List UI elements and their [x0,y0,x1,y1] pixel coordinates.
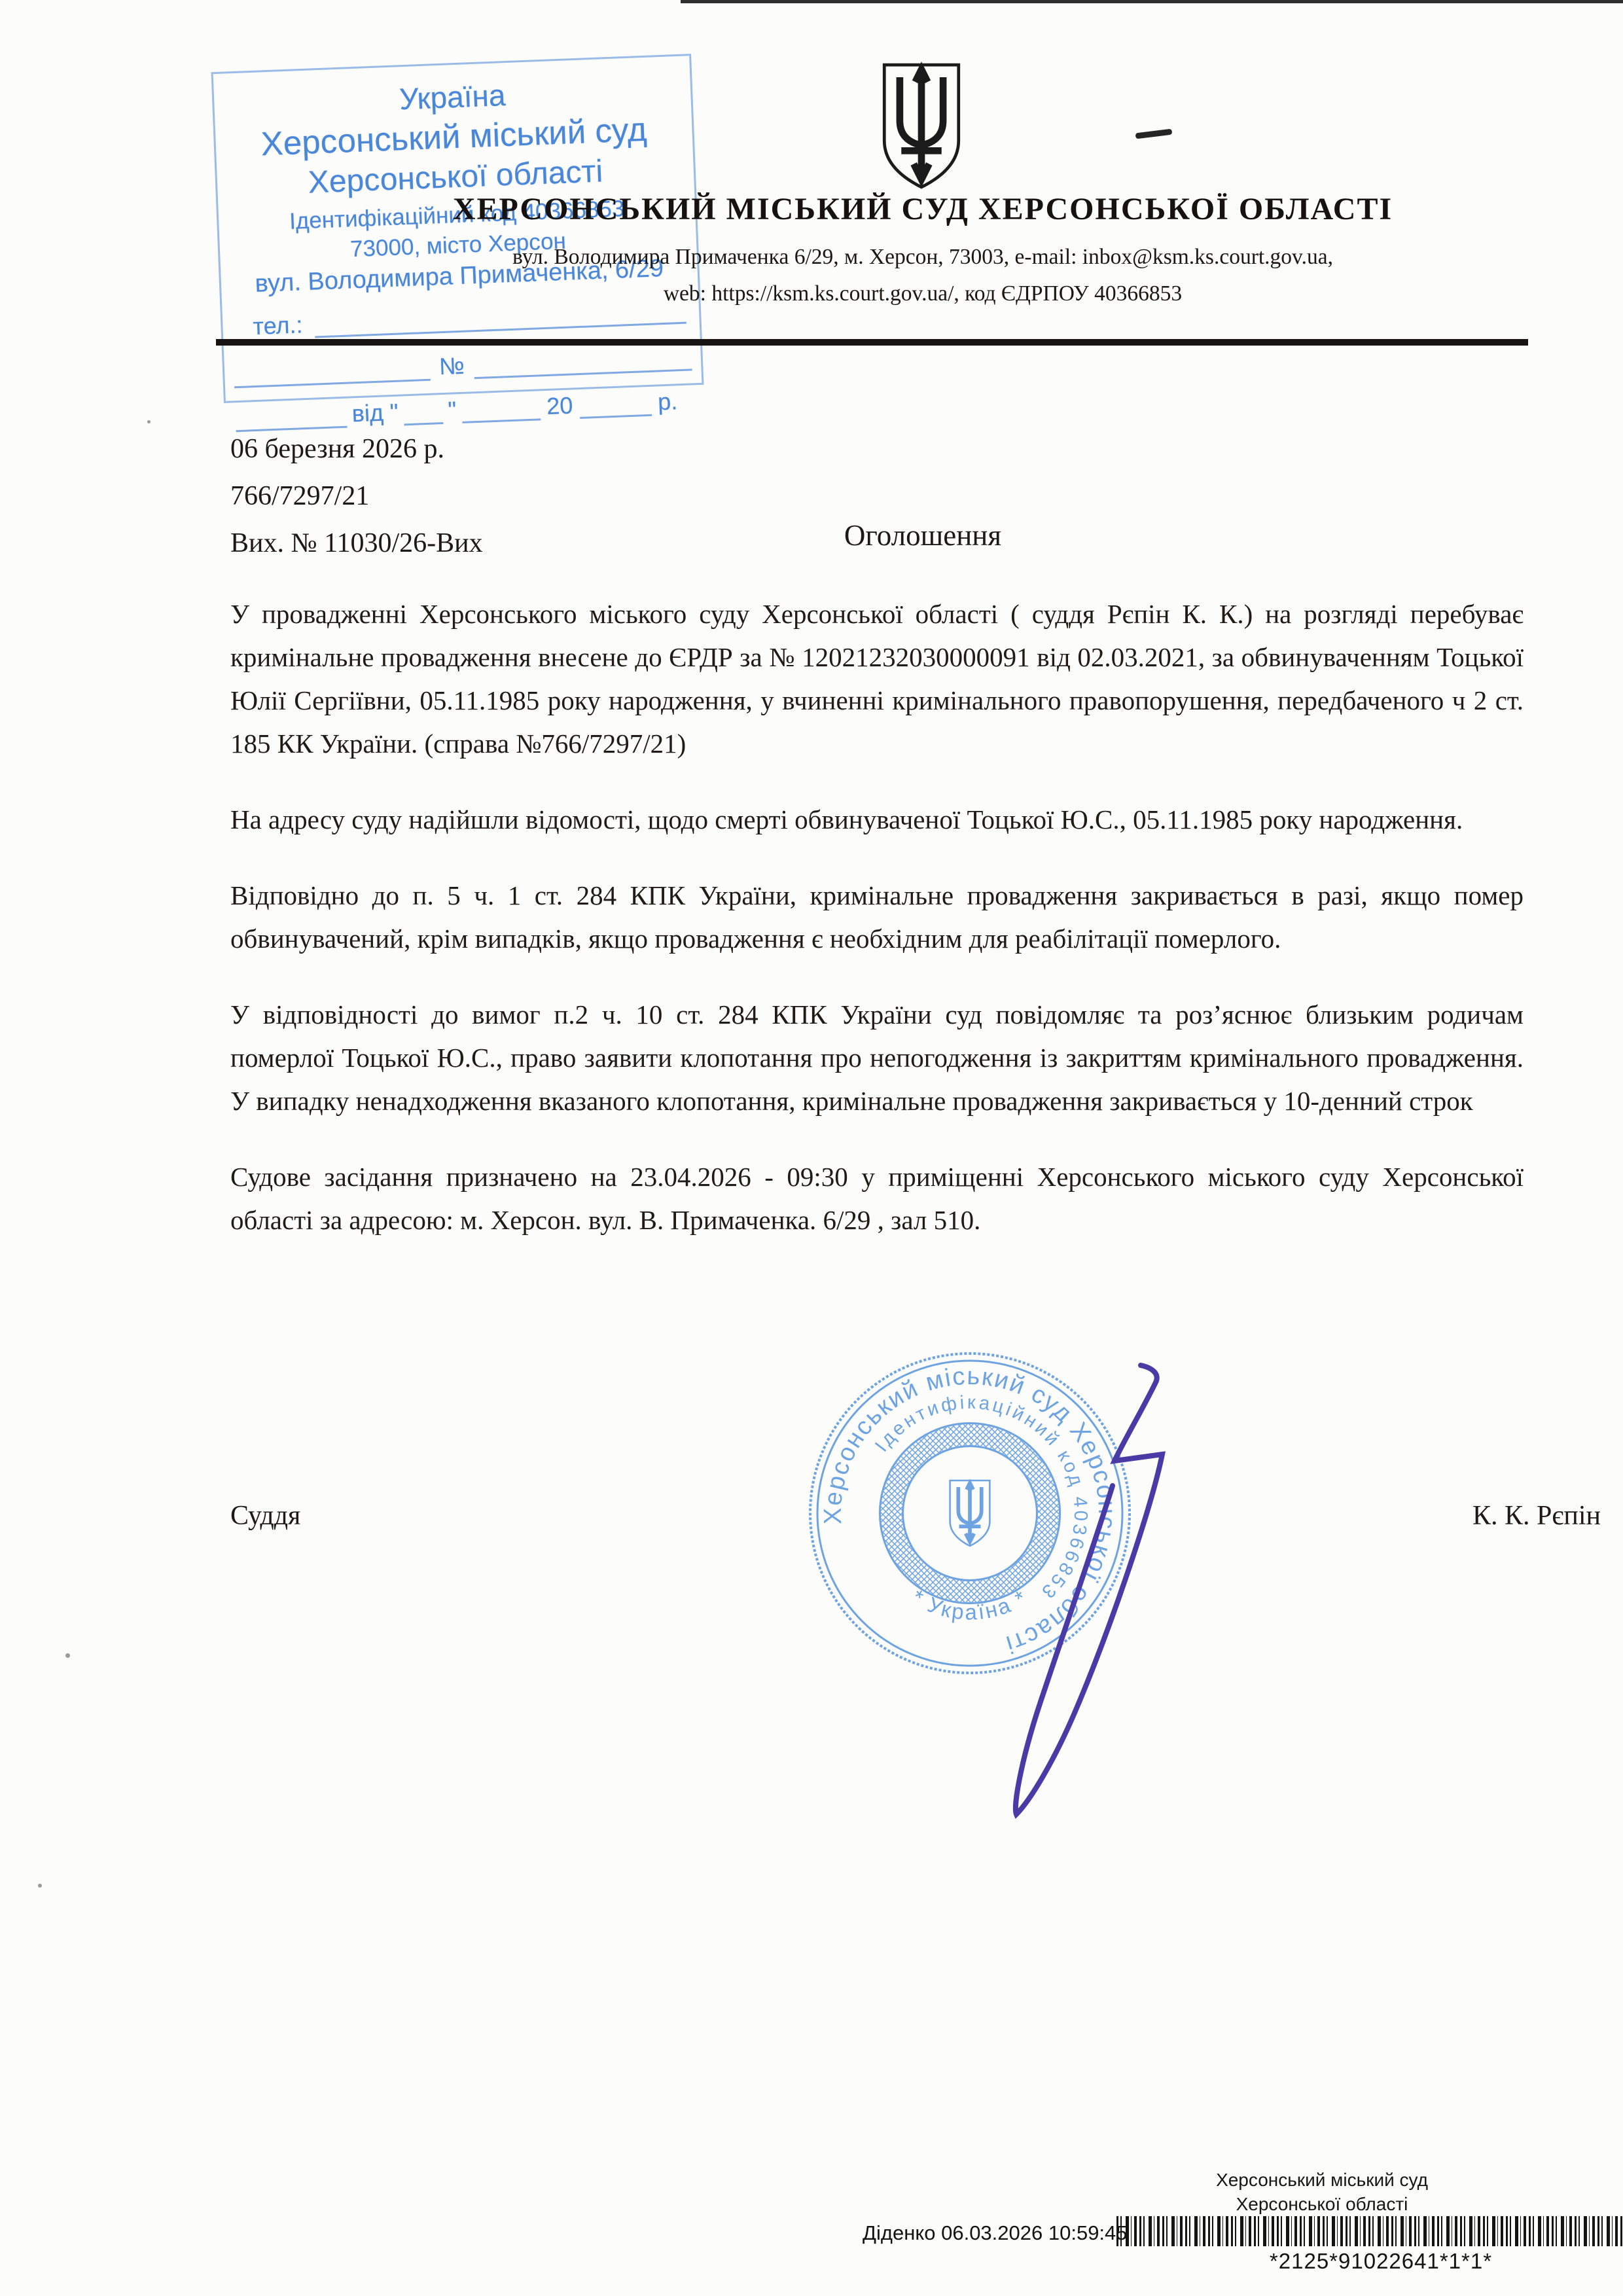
reference-outgoing-number: Вих. № 11030/26-Вих [230,520,483,567]
header-address-line: вул. Володимира Примаченка 6/29, м. Херс… [275,245,1571,270]
stamp-no-label: № [438,352,465,380]
paragraph-hearing-schedule: Судове засідання призначено на 23.04.202… [230,1155,1524,1242]
stamp-blank-line [403,396,444,425]
stamp-vid-quote: " [448,396,457,423]
reference-date: 06 березня 2026 р. [230,425,483,473]
stamp-year-prefix: 20 [546,391,573,420]
corner-stamp: Україна Херсонський міський суд Херсонсь… [211,54,704,403]
scan-speck [65,1653,70,1658]
header-court-name: ХЕРСОНСЬКИЙ МІСЬКИЙ СУД ХЕРСОНСЬКОЇ ОБЛА… [275,191,1571,227]
scan-ink-smudge [1135,129,1173,139]
stamp-year-suffix: р. [657,387,678,416]
stamp-vid-label: від " [351,399,399,428]
paragraph-death-notice: На адресу суду надійшли відомості, щодо … [230,798,1524,841]
header-divider [216,339,1528,346]
stamp-tel-label: тел.: [253,311,303,340]
paragraph-law-284-closure: Відповідно до п. 5 ч. 1 ст. 284 КПК Укра… [230,874,1524,960]
stamp-blank-line [461,392,541,423]
reference-block: 06 березня 2026 р. 766/7297/21 Вих. № 11… [230,425,483,567]
footer-court-name: Херсонський міський суд Херсонської обла… [1171,2168,1472,2216]
judge-name: К. К. Рєпін [1472,1500,1601,1532]
stamp-blank-line [233,353,430,388]
footer-operator-line: Діденко 06.03.2026 10:59:45 [863,2221,1128,2245]
stamp-blank-line [473,342,692,379]
barcode [1116,2216,1623,2246]
scan-speck [147,420,151,423]
reference-case-number: 766/7297/21 [230,473,483,520]
paragraph-proceedings: У провадженні Херсонського міського суду… [230,592,1524,765]
footer-court-line2: Херсонської області [1171,2192,1472,2216]
document-body: У провадженні Херсонського міського суду… [230,592,1524,1274]
scan-speck [38,1884,42,1888]
judge-label: Суддя [230,1500,300,1532]
stamp-blank-line [579,388,652,419]
header-web-line: web: https://ksm.ks.court.gov.ua/, код Є… [275,281,1571,306]
paragraph-relatives-rights: У відповідності до вимог п.2 ч. 10 ст. 2… [230,993,1524,1122]
stamp-no-row: № [233,342,692,388]
footer-court-line1: Херсонський міський суд [1171,2168,1472,2192]
document-title: Оголошення [654,518,1191,552]
scan-edge-artifact [681,0,1623,3]
coat-of-arms-icon [875,60,968,192]
barcode-text: *2125*91022641*1*1* [1211,2249,1551,2274]
signature-ink [910,1335,1198,1839]
